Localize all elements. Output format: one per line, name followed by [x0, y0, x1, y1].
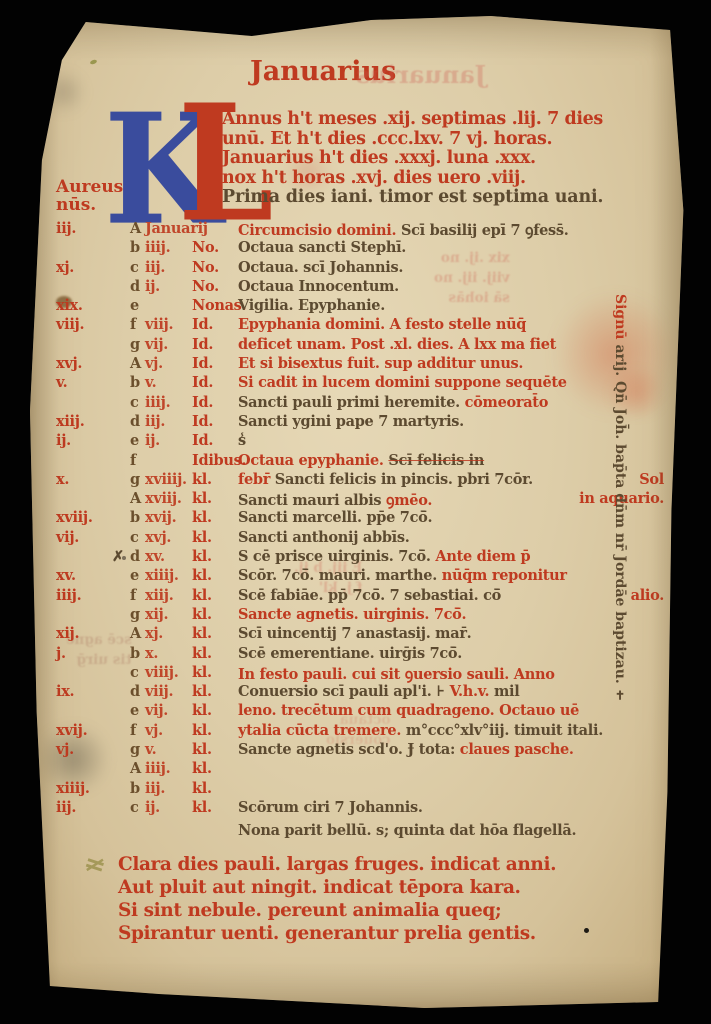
kalend-marker: Id. — [192, 336, 213, 353]
roman-day-numeral: x. — [145, 645, 158, 662]
kalend-marker: Id. — [192, 394, 213, 411]
dominical-letter: c — [130, 799, 139, 816]
dominical-letter: g — [130, 471, 140, 488]
golden-number: iij. — [56, 220, 76, 237]
golden-number: xij. — [56, 625, 79, 642]
golden-number: xiij. — [56, 413, 84, 430]
dominical-letter: f — [130, 452, 136, 469]
calendar-row: xij. A xj. kl. Scī uincentij 7 anastasij… — [26, 625, 690, 644]
entry-segment: s̾ — [238, 432, 246, 449]
golden-number: viij. — [56, 316, 84, 333]
dominical-letter: c — [130, 529, 139, 546]
kalend-marker: kl. — [192, 606, 212, 623]
dominical-letter: f — [130, 587, 136, 604]
entry-segment: Scē fabiāe. pp̄ 7cō̄. 7 sebastiai. cō̄ — [238, 587, 501, 604]
calendar-row: xiiij. b iij. kl. — [26, 780, 690, 799]
entry-segment: Sancti mauri albis — [238, 492, 386, 509]
feast-entry: Circumcisio domini. Scī basilij epī 7 ꝯf… — [238, 220, 680, 240]
dominical-letter: A — [130, 220, 141, 237]
kalend-marker: Id. — [192, 413, 213, 430]
roman-day-numeral: vj. — [145, 722, 163, 739]
intro-line: nox h't horas .xvj. dies uero .viij. — [222, 169, 674, 189]
calendar-row: x. g xviiij. kl. febr̄ Sancti felicis in… — [26, 471, 690, 490]
kalend-marker: No. — [192, 259, 219, 276]
roman-day-numeral: viiij. — [145, 664, 178, 681]
kalend-marker: kl. — [192, 741, 212, 758]
dominical-letter: e — [130, 702, 139, 719]
plummet-mark: ≠ — [80, 847, 110, 882]
kalend-marker: No. — [192, 239, 219, 256]
entry-segment: Epyphania domini. — [238, 316, 385, 333]
kalend-marker: kl. — [192, 760, 212, 777]
dominical-letter: b — [130, 780, 140, 797]
verse-line: Si sint nebule. pereunt animalia queq; — [118, 899, 556, 922]
parchment-leaf: xix .ij. no viij. iij. no sā iohās E iij… — [26, 10, 690, 1012]
roman-day-numeral: viij. — [145, 316, 173, 333]
aureus-line1: Aureus — [56, 178, 123, 196]
roman-day-numeral: vij. — [145, 702, 168, 719]
roman-day-numeral: ij. — [145, 278, 160, 295]
golden-number-column-label: Aureus nūs. — [56, 178, 123, 214]
feast-entry: Octaua. scī Johannis. — [238, 259, 680, 276]
entry-segment: Vigilia. Epyphanie. — [238, 297, 385, 314]
entry-segment: Circumcisio domini. — [238, 222, 401, 239]
calendar-row: A iiij. kl. — [26, 760, 690, 779]
dominical-letter: c — [130, 664, 139, 681]
golden-number: iij. — [56, 799, 76, 816]
kalend-marker: Id. — [192, 355, 213, 372]
roman-day-numeral: xiij. — [145, 587, 173, 604]
verse-line: Spirantur uenti. generantur prelia genti… — [118, 922, 556, 945]
golden-number: ix. — [56, 683, 74, 700]
entry-segment: Ɉ tota: — [407, 741, 459, 758]
calendar-row: iiij. f xiij. kl. Scē fabiāe. pp̄ 7cō̄. … — [26, 587, 690, 606]
calendar-table: iij. A Januarij Circumcisio domini. Scī … — [26, 220, 690, 818]
dominical-letter: A — [130, 490, 141, 507]
roman-day-numeral: Januarij — [145, 220, 208, 237]
calendar-row: xiij. d iij. Id. Sancti ygini pape 7 mar… — [26, 413, 690, 432]
kalend-marker: kl. — [192, 683, 212, 700]
golden-number: xvij. — [56, 722, 87, 739]
feast-entry: Octaua sancti Stephī. — [238, 239, 680, 256]
kalend-marker: kl. — [192, 567, 212, 584]
dominical-letter: g — [130, 606, 140, 623]
roman-day-numeral: xiiij. — [145, 567, 179, 584]
entry-segment: Sancte agnetis. uirginis. 7cō̄. — [238, 606, 466, 623]
roman-day-numeral: iij. — [145, 259, 165, 276]
calendar-row: d ij. No. Octaua Innocentum. — [26, 278, 690, 297]
entry-segment: Octaua. scī Johannis. — [238, 259, 403, 276]
calendar-row: b iiij. No. Octaua sancti Stephī. — [26, 239, 690, 258]
entry-segment: ytalia cūcta tremere. — [238, 722, 406, 739]
roman-day-numeral: vj. — [145, 355, 163, 372]
kalend-marker: Id. — [192, 316, 213, 333]
entry-segment: A festo stelle nūq̄ — [385, 316, 526, 333]
dominical-letter: e — [130, 567, 139, 584]
roman-day-numeral: xj. — [145, 625, 163, 642]
entry-segment: Si cadit in lucem domini suppone sequēte — [238, 374, 567, 391]
roman-day-numeral: xij. — [145, 606, 168, 623]
calendar-row: j. b x. kl. Scē emerentiane. uirḡis 7cō̄… — [26, 645, 690, 664]
calendar-row: f Idibus. Octaua epyphanie. Scī felicis … — [26, 452, 690, 471]
verse-line: Aut pluit aut ningit. indicat tēpora kar… — [118, 876, 556, 899]
roman-day-numeral: vij. — [145, 336, 168, 353]
kalend-marker: kl. — [192, 509, 212, 526]
entry-segment: febr̄ — [238, 471, 275, 488]
dominical-letter: A — [130, 760, 141, 777]
calendar-row: iij. c ij. kl. Scōrum ciri 7 Johannis. — [26, 799, 690, 818]
calendar-row: xviij. b xvij. kl. Sancti marcelli. pp̄e… — [26, 509, 690, 528]
golden-number: iiij. — [56, 587, 81, 604]
roman-day-numeral: iij. — [145, 413, 165, 430]
roman-day-numeral: xvj. — [145, 529, 171, 546]
computus-intro: Annus h't meses .xij. septimas .lij. 7 d… — [222, 110, 674, 208]
entry-segment: ⊦ — [436, 683, 449, 700]
entry-segment: leno. trecētum cum quadrageno. Octauo uē — [238, 702, 579, 719]
kalend-marker: kl. — [192, 664, 212, 681]
roman-day-numeral: viij. — [145, 683, 173, 700]
entry-segment: Sancti ygini pape 7 martyris. — [238, 413, 464, 430]
kalend-marker: kl. — [192, 799, 212, 816]
dominical-letter: c — [130, 259, 139, 276]
calendar-row: iij. A Januarij Circumcisio domini. Scī … — [26, 220, 690, 239]
calendar-row: g xij. kl. Sancte agnetis. uirginis. 7cō… — [26, 606, 690, 625]
golden-number: vij. — [56, 529, 79, 546]
dominical-letter: e — [130, 297, 139, 314]
golden-number: x. — [56, 471, 69, 488]
roman-day-numeral: iij. — [145, 780, 165, 797]
roman-day-numeral: v. — [145, 374, 156, 391]
calendar-row: ij. e ij. Id. s̾ — [26, 432, 690, 451]
verse-line: Clara dies pauli. largas fruges. indicat… — [118, 853, 556, 876]
entry-segment: cōmeorat̄o — [465, 394, 548, 411]
margin-note-red: Signū — [612, 294, 628, 344]
dominical-letter: b — [130, 645, 140, 662]
egyptian-days-verse: Prima dies iani. timor est septima uani. — [222, 188, 674, 208]
cross-mark: ✝ — [613, 689, 627, 703]
aureus-line2: nūs. — [56, 196, 123, 214]
entry-segment: alio. — [631, 587, 664, 604]
calendar-row: vij. c xvj. kl. Sancti anthonij abbīs. — [26, 529, 690, 548]
dominical-letter: d — [130, 683, 140, 700]
golden-number: xj. — [56, 259, 74, 276]
dominical-letter: g — [130, 741, 140, 758]
entry-segment: Sancti pauli primi heremite. — [238, 394, 465, 411]
calendar-row: v. b v. Id. Si cadit in lucem domini sup… — [26, 374, 690, 393]
golden-number: v. — [56, 374, 67, 391]
kalend-marker: kl. — [192, 722, 212, 739]
intro-line: Januarius h't dies .xxxj. luna .xxx. — [222, 149, 674, 169]
entry-segment: Scōr. 7cō̄. mauri. marthe. — [238, 567, 442, 584]
calendar-row: g vij. Id. deficet unam. Post .xl. dies.… — [26, 336, 690, 355]
dominical-letter: A — [130, 625, 141, 642]
calendar-row: xv. e xiiij. kl. Scōr. 7cō̄. mauri. mart… — [26, 567, 690, 586]
kalend-marker: kl. — [192, 529, 212, 546]
feast-entry: Octaua Innocentum. — [238, 278, 680, 295]
roman-day-numeral: ij. — [145, 799, 160, 816]
intro-line: Annus h't meses .xij. septimas .lij. 7 d… — [222, 110, 674, 130]
kalend-marker: Id. — [192, 374, 213, 391]
golden-number: ij. — [56, 432, 71, 449]
dominical-letter: c — [130, 394, 139, 411]
golden-number: j. — [56, 645, 66, 662]
roman-day-numeral: iiij. — [145, 239, 170, 256]
entry-segment: claues pasche. — [460, 741, 574, 758]
entry-segment: Sancte agnetis scd'o. — [238, 741, 407, 758]
entry-segment: Scī basilij epī 7 ꝯfess̄. — [401, 222, 569, 239]
dominical-letter: A — [130, 355, 141, 372]
dominical-letter: f — [130, 722, 136, 739]
kalend-marker: kl. — [192, 780, 212, 797]
entry-segment: Conuersio scī pauli apl'i. — [238, 683, 436, 700]
calendar-row: vj. g v. kl. Sancte agnetis scd'o. Ɉ tot… — [26, 741, 690, 760]
entry-segment: deficet unam. Post .xl. dies. A lxx ma f… — [238, 336, 556, 353]
golden-number: xvj. — [56, 355, 82, 372]
kalend-marker: kl. — [192, 471, 212, 488]
st-paul-weather-verse: Clara dies pauli. largas fruges. indicat… — [118, 853, 556, 945]
margin-x-mark: ✗ — [112, 548, 124, 565]
calendar-row: c iiij. Id. Sancti pauli primi heremite.… — [26, 394, 690, 413]
golden-number: xix. — [56, 297, 83, 314]
entry-segment: Scē emerentiane. uirḡis 7cō̄. — [238, 645, 462, 662]
entry-segment: mil — [494, 683, 519, 700]
entry-segment: nūq̄m reponitur — [442, 567, 567, 584]
roman-day-numeral: iiij. — [145, 394, 170, 411]
dominical-letter: f — [130, 316, 136, 333]
entry-segment: In festo pauli. cui sit ꝯuersio sauli. A… — [238, 666, 555, 683]
entry-segment: Et si bisextus fuit. sup additur unus. — [238, 355, 523, 372]
dominical-letter: b — [130, 239, 140, 256]
roman-day-numeral: iiij. — [145, 760, 170, 777]
ink-speck — [584, 928, 589, 933]
entry-segment: S cē prisce uirginis. 7cō̄. — [238, 548, 435, 565]
roman-day-numeral: xv. — [145, 548, 165, 565]
calendar-row: ✗ d xv. kl. S cē prisce uirginis. 7cō̄. … — [26, 548, 690, 567]
calendar-row: xj. c iij. No. Octaua. scī Johannis. — [26, 259, 690, 278]
entry-segment: Octaua epyphanie. — [238, 452, 388, 469]
dominical-letter: d — [130, 548, 140, 565]
calendar-row: xvij. f vj. kl. ytalia cūcta tremere. m°… — [26, 722, 690, 741]
entry-segment: Scōrum ciri 7 Johannis. — [238, 799, 423, 816]
golden-number: xv. — [56, 567, 76, 584]
manuscript-photo: xix .ij. no viij. iij. no sā iohās E iij… — [0, 0, 711, 1024]
roman-day-numeral: v. — [145, 741, 156, 758]
dominical-letter: b — [130, 509, 140, 526]
roman-day-numeral: xvij. — [145, 509, 176, 526]
calendar-row: xvj. A vj. Id. Et si bisextus fuit. sup … — [26, 355, 690, 374]
entry-segment: Scī uincentij 7 anastasij. mar̄. — [238, 625, 471, 642]
kalend-marker: kl. — [192, 587, 212, 604]
kalend-marker: kl. — [192, 645, 212, 662]
roman-day-numeral: xviiij. — [145, 471, 187, 488]
kalend-marker: Id. — [192, 432, 213, 449]
margin-note-brown: arij. Qn̄ Joh̄. bap̄ta dn̄m nr̄ Jordāe b… — [612, 344, 628, 683]
golden-number: xiiij. — [56, 780, 90, 797]
golden-number: xviij. — [56, 509, 93, 526]
vertical-margin-note: Signū arij. Qn̄ Joh̄. bap̄ta dn̄m nr̄ Jo… — [612, 294, 628, 879]
kalend-marker: kl. — [192, 548, 212, 565]
calendar-row: ix. d viij. kl. Conuersio scī pauli apl'… — [26, 683, 690, 702]
kalend-marker: kl. — [192, 625, 212, 642]
intro-line: unū. Et h't dies .ccc.lxv. 7 vj. horas. — [222, 130, 674, 150]
dominical-letter: b — [130, 374, 140, 391]
calendar-row: e vij. kl. leno. trecētum cum quadrageno… — [26, 702, 690, 721]
entry-segment: Ante diem p̄ — [435, 548, 530, 565]
dominical-letter: e — [130, 432, 139, 449]
entry-segment: Sancti anthonij abbīs. — [238, 529, 409, 546]
entry-segment: ꝯmēo. — [386, 492, 432, 509]
calendar-row: c viiij. kl. In festo pauli. cui sit ꝯue… — [26, 664, 690, 683]
entry-segment: m°ccc°xlv°iij. timuit itali. — [406, 722, 603, 739]
dominical-letter: d — [130, 413, 140, 430]
roman-day-numeral: xviij. — [145, 490, 182, 507]
kalend-marker: kl. — [192, 702, 212, 719]
entry-segment: Octaua Innocentum. — [238, 278, 399, 295]
entry-segment: V.h.v. — [450, 683, 494, 700]
ink-speck — [90, 59, 98, 65]
month-title-offset-ghost: Januarius — [356, 60, 486, 89]
added-verse-line: Nona parit bellū. s; quinta dat hōa flag… — [238, 822, 576, 839]
dominical-letter: d — [130, 278, 140, 295]
roman-day-numeral: ij. — [145, 432, 160, 449]
entry-segment: Scī felicis in — [388, 452, 484, 469]
calendar-row: viij. f viij. Id. Epyphania domini. A fe… — [26, 316, 690, 335]
calendar-row: A xviij. kl. Sancti mauri albis ꝯmēo.in … — [26, 490, 690, 509]
gray-smudge — [38, 72, 88, 112]
golden-number: vj. — [56, 741, 74, 758]
calendar-row: xix. e Nonas. Vigilia. Epyphanie. — [26, 297, 690, 316]
dominical-letter: g — [130, 336, 140, 353]
entry-segment: Octaua sancti Stephī. — [238, 239, 406, 256]
kalend-marker: No. — [192, 278, 219, 295]
entry-segment: Sancti marcelli. pp̄e 7cō̄. — [238, 509, 432, 526]
entry-segment: Sol — [639, 471, 664, 488]
kalend-marker: kl. — [192, 490, 212, 507]
entry-segment: Sancti felicis in pincis. pbri 7cōr. — [275, 471, 533, 488]
